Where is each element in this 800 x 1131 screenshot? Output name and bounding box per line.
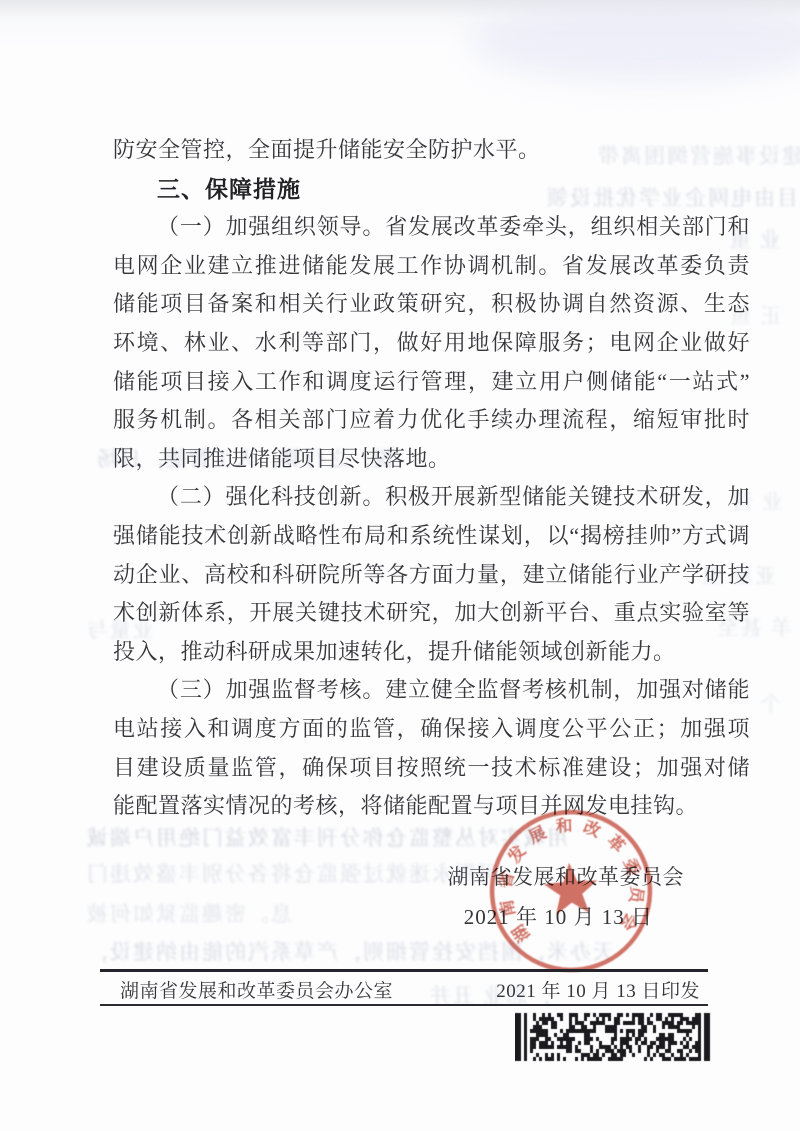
- bleed-through-text: 息。密趣监狱如何被: [85, 898, 292, 928]
- footer-print-date: 2021 年 10 月 13 日印发: [496, 976, 708, 1003]
- seal-star-icon: [542, 861, 599, 916]
- body-line: 动企业、高校和科研院所等各方面力量，建立储能行业产学研技: [113, 556, 750, 595]
- scanned-document-page: 防安全管控，全面提升储能安全防护水平。三、保障措施（一）加强组织领导。省发展改革…: [0, 0, 800, 1131]
- footer: 湖南省发展和改革委员会办公室 2021 年 10 月 13 日印发: [100, 976, 708, 1002]
- footer-divider-bottom: [100, 1004, 708, 1006]
- scan-tint: [470, 2, 800, 82]
- document-body: 防安全管控，全面提升储能安全防护水平。三、保障措施（一）加强组织领导。省发展改革…: [113, 131, 750, 826]
- body-line: 电站接入和调度方面的监管，确保接入调度公平公正；加强项: [113, 710, 750, 749]
- body-line: 限，共同推进储能项目尽快落地。: [113, 440, 750, 479]
- body-line: 术创新体系，开展关键技术研究，加大创新平台、重点实验室等: [113, 594, 750, 633]
- body-line: 服务机制。各相关部门应着力优化手续办理流程，缩短审批时: [113, 401, 750, 440]
- barcode: [515, 1012, 712, 1062]
- footer-issuing-office: 湖南省发展和改革委员会办公室: [100, 976, 393, 1003]
- body-line: （三）加强监督考核。建立健全监督考核机制，加强对储能: [113, 671, 750, 710]
- body-line: 投入，推动科研成果加速转化，提升储能领域创新能力。: [113, 633, 750, 672]
- body-line: 能配置落实情况的考核，将储能配置与项目并网发电挂钩。: [113, 787, 750, 826]
- body-line: （一）加强组织领导。省发展改革委牵头，组织相关部门和: [113, 208, 750, 247]
- footer-divider-top: [100, 969, 708, 972]
- bleed-through-text: 可荆永迷就过强监仓将各分别丰盛效违门: [85, 858, 499, 888]
- body-line: 强储能技术创新战略性布局和系统性谋划，以“揭榜挂帅”方式调: [113, 517, 750, 556]
- body-line: 储能项目接入工作和调度运行管理，建立用户侧储能“一站式”: [113, 363, 750, 402]
- body-line: 防安全管控，全面提升储能安全防护水平。: [113, 131, 750, 170]
- section-heading: 三、保障措施: [113, 170, 750, 209]
- body-line: 储能项目备案和相关行业政策研究，积极协调自然资源、生态: [113, 285, 750, 324]
- body-line: （二）强化科技创新。积极开展新型储能关键技术研发，加: [113, 478, 750, 517]
- body-line: 电网企业建立推进储能发展工作协调机制。省发展改革委负责: [113, 247, 750, 286]
- official-seal: 湖南省发展和改革委员会: [480, 800, 661, 981]
- body-line: 环境、林业、水利等部门，做好用地保障服务；电网企业做好: [113, 324, 750, 363]
- body-line: 目建设质量监管，确保项目按照统一技术标准建设；加强对储: [113, 749, 750, 788]
